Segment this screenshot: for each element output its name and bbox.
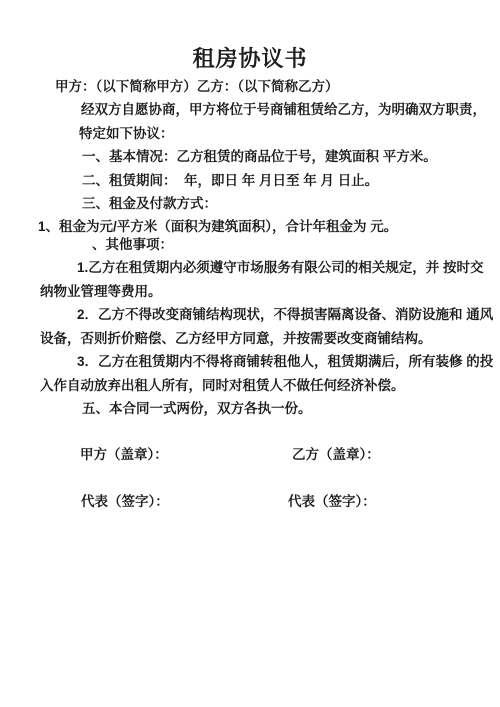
line-other-items-header: 、其他事项： (92, 236, 173, 254)
line-other-item-3b: 入作自动放弃出租人所有，同时对租赁人不做任何经济补偿。 (40, 377, 405, 395)
party-a-seal-label: 甲方（盖章）： (80, 446, 168, 464)
line-clause-2-term: 二、租赁期间： 年，即日 年 月日至 年 月 日止。 (82, 172, 378, 190)
line-rent-amount: 1、租金为元/平方米（面积为建筑面积），合计年租金为 元。 (38, 218, 397, 236)
party-a-sign-label: 代表（签字）： (81, 493, 169, 511)
line-other-item-2a: 2．乙方不得改变商铺结构现状，不得损害隔离设备、消防设施和 通风 (77, 306, 493, 324)
party-b-seal-label: 乙方（盖章）： (292, 446, 380, 464)
line-clause-5-copies: 五、本合同一式两份，双方各执一份。 (82, 400, 312, 418)
line-clause-3-payment: 三、租金及付款方式： (82, 195, 217, 213)
line-clause-1-basic: 一、基本情况：乙方租赁的商品位于号，建筑面积 平方米。 (82, 148, 437, 166)
line-preamble-1: 经双方自愿协商，甲方将位于号商铺租赁给乙方，为明确双方职责， (81, 101, 486, 119)
line-preamble-2: 特定如下协议： (79, 125, 174, 143)
party-b-sign-label: 代表（签字）： (288, 493, 376, 511)
contract-page: 租房协议书 甲方：（以下简称甲方）乙方：（以下简称乙方） 经双方自愿协商，甲方将… (0, 0, 500, 707)
line-other-item-2b: 设备，否则折价赔偿、乙方经甲方同意，并按需要改变商铺结构。 (40, 330, 432, 348)
document-title: 租房协议书 (0, 42, 500, 73)
line-other-item-1a: 1.乙方在租赁期内必须遵守市场服务有限公司的相关规定，并 按时交 (77, 259, 484, 277)
line-other-item-1b: 纳物业管理等费用。 (40, 283, 162, 301)
line-other-item-3a: 3．乙方在租赁期内不得将商铺转租他人，租赁期满后，所有装修 的投 (77, 353, 493, 371)
line-parties: 甲方：（以下简称甲方）乙方：（以下简称乙方） (55, 78, 339, 96)
